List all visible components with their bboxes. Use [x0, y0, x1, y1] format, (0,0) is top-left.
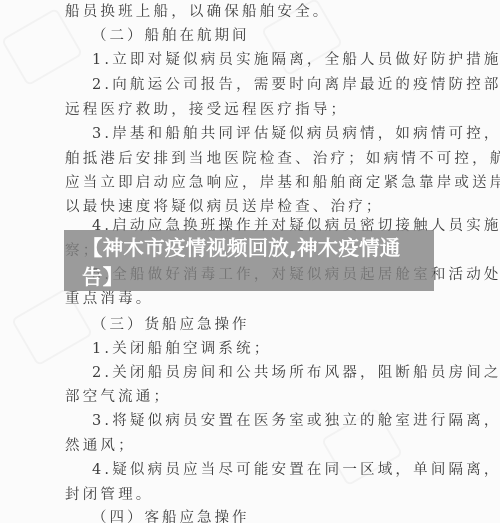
document-line: 重点消毒。: [65, 290, 154, 308]
document-line: 然通风；: [65, 437, 136, 455]
document-line: 部空气流通；: [65, 388, 171, 406]
document-line: 3.岸基和船舶共同评估疑似病员病情，如病情可控，可等船: [92, 125, 500, 143]
banner-title: 【神木市疫情视频回放,神木疫情通告】: [82, 234, 422, 292]
document-line: 2.关闭船员房间和公共场所布风器，阻断船员房间之间的内: [92, 364, 500, 382]
document-line: 远程医疗救助，接受远程医疗指导；: [65, 101, 348, 119]
document-line: 2.向航运公司报告，需要时向离岸最近的疫情防控部门请求: [92, 76, 500, 94]
document-line: 舶抵港后安排到当地医院检查、治疗；如病情不可控，航运公司: [65, 150, 500, 168]
section-heading: （四）客船应急操作: [92, 509, 250, 523]
document-line: 应当立即启动应急响应，岸基和船舶商定紧急靠岸或送岸方案，: [65, 174, 500, 192]
document-page: 船员换班上船，以确保船舶安全。 （二）船舶在航期间 1.立即对疑似病员实施隔离，…: [0, 0, 500, 523]
document-line: 1.立即对疑似病员实施隔离，全船人员做好防护措施；: [92, 51, 500, 69]
document-line: 船员换班上船，以确保船舶安全。: [65, 3, 331, 21]
document-line: 3.将疑似病员安置在医务室或独立的舱室进行隔离，采用自: [92, 412, 500, 430]
document-line: 以最快速度将疑似病员送岸检查、治疗；: [65, 198, 384, 216]
document-line: 封闭管理。: [65, 486, 154, 504]
section-heading: （二）船舶在航期间: [92, 27, 250, 45]
document-line: 1.关闭船舶空调系统；: [92, 340, 272, 358]
document-line: 4.疑似病员应当尽可能安置在同一区域，单间隔离，并实施: [92, 461, 500, 479]
section-heading: （三）货船应急操作: [92, 316, 250, 334]
